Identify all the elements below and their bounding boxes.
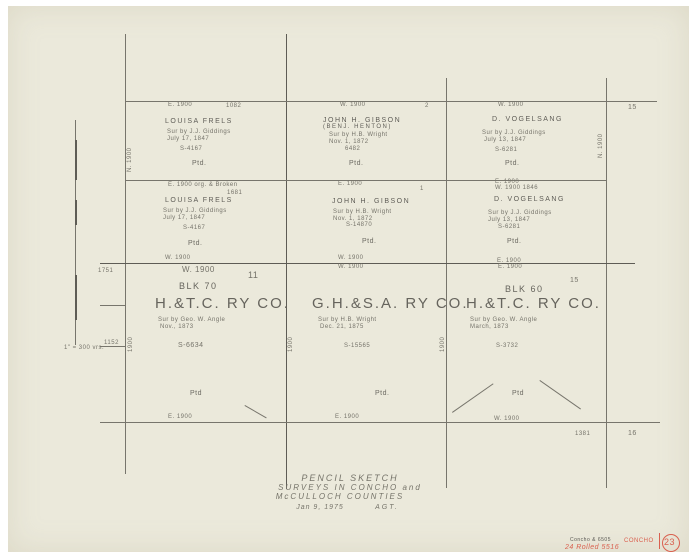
row2-col1-abstract: S-4167 [183, 225, 205, 231]
row1-col3-surveyor: Sur by J.J. Giddings [482, 130, 546, 137]
sketch-subtitle-2: McCULLOCH COUNTIES [265, 492, 415, 501]
row3-col3-surveyor: Sur by Geo. W. Angle [470, 317, 537, 324]
row1-col1-surveyor: Sur by J.J. Giddings [167, 129, 231, 136]
row3-col3-abstract: S-3732 [496, 343, 518, 349]
row2-col2-status: Ptd. [362, 238, 376, 245]
row1-col2-section: 2 [425, 103, 429, 109]
sheet-number: 23 [664, 537, 675, 547]
row3-col3-section: 15 [570, 277, 579, 284]
file-code: 24 Rolled 5516 [565, 544, 619, 551]
grid-line-h4 [100, 422, 660, 423]
row3-col3-company: H.&T.C. RY CO. [466, 295, 601, 312]
sketch-subtitle-1: SURVEYS IN CONCHO and [265, 483, 435, 492]
row2-col2-bottom-call: W. 1900 [338, 255, 364, 261]
row1-col3-top-call: W. 1900 [498, 102, 524, 108]
survey-sheet [8, 6, 689, 552]
catalog-id: Concho & 6505 [570, 537, 611, 543]
sketch-date: Jan 9, 1975 [290, 504, 350, 511]
row3-col1-surveyor: Sur by Geo. W. Angle [158, 317, 225, 324]
row2-col3-status: Ptd. [507, 238, 521, 245]
row3-col1-section: 11 [248, 270, 258, 280]
row2-col2-abstract: S-14870 [346, 222, 372, 228]
scale-tick [75, 140, 77, 180]
grid-line-v3 [446, 78, 447, 488]
row3-col1-top-call: W. 1900 [182, 265, 215, 274]
row1-col3-abstract: S-6281 [495, 147, 517, 153]
row1-col2-surveyor: Sur by H.B. Wright [329, 132, 388, 139]
sketch-initials: AGT. [372, 504, 402, 511]
row3-col1-bottom-call: E. 1900 [168, 414, 192, 420]
row3-col3-top-call: E. 1900 [498, 264, 522, 270]
row1-col2-owner2: (BENJ. HENTON) [323, 124, 392, 130]
row3-col1-company: H.&T.C. RY CO. [155, 295, 290, 312]
grid-line-h3 [100, 263, 635, 264]
row2-col2-top-call: E. 1900 [338, 181, 362, 187]
row3-col2-top-call: W. 1900 [338, 264, 364, 270]
sketch-title: PENCIL SKETCH [290, 473, 410, 483]
section-15-top: 15 [628, 104, 637, 111]
row1-col2-abstract: 6482 [345, 146, 360, 152]
row1-col3-status: Ptd. [505, 160, 519, 167]
scale-tick [75, 200, 77, 225]
row2-col1-status: Ptd. [188, 240, 202, 247]
grid-line-h5 [100, 305, 125, 306]
row3-col3-bottom-call: W. 1900 [494, 416, 520, 422]
row1-col3-owner: D. VOGELSANG [492, 116, 563, 123]
row3-col2-date: Dec. 21, 1875 [320, 324, 364, 331]
row3-col2-abstract: S-15565 [344, 343, 370, 349]
row2-col1-bottom-call: W. 1900 [165, 255, 191, 261]
row1-col2-owner: JOHN H. GIBSON [323, 117, 401, 124]
row2-col2-surveyor: Sur by H.B. Wright [333, 209, 392, 216]
edge-label-left-mid: 1751 [98, 268, 113, 274]
row1-col2-top-call: W. 1900 [340, 102, 366, 108]
row3-col2-company: G.H.&S.A. RY CO. [312, 295, 468, 312]
row1-col1-top-call2: 1082 [226, 103, 241, 109]
row3-col2-bottom-call: E. 1900 [335, 414, 359, 420]
edge-label-bottom-right: 1381 [575, 431, 590, 437]
row2-col1-top-call: E. 1900 org. & Broken [168, 182, 238, 188]
row3-col1-status: Ptd [190, 390, 202, 397]
grid-line-h2 [125, 180, 607, 181]
row1-col1-abstract: S-4167 [180, 146, 202, 152]
row3-col1-date: Nov., 1873 [160, 324, 194, 331]
scale-tick [75, 275, 77, 320]
row3-col3-block: BLK 60 [505, 284, 544, 294]
row1-col2-date: Nov. 1, 1872 [329, 139, 369, 146]
row2-col1-owner: LOUISA FRELS [165, 197, 233, 204]
stamp-bar [659, 533, 660, 549]
grid-line-v1 [125, 34, 126, 474]
county-stamp: CONCHO [624, 538, 654, 544]
row3-col2-side-call: 1900 [288, 337, 294, 352]
row3-col1-block: BLK 70 [179, 281, 218, 291]
row3-col3-date: March, 1873 [470, 324, 509, 331]
row2-col3-top-call2: W. 1900 1846 [495, 185, 538, 191]
section-16-bottom: 16 [628, 430, 637, 437]
grid-line-v4 [606, 78, 607, 488]
row2-col2-section: 1 [420, 186, 424, 192]
row3-col2-status: Ptd. [375, 390, 389, 397]
row2-col3-surveyor: Sur by J.J. Giddings [488, 210, 552, 217]
row1-col1-date: July 17, 1847 [167, 136, 209, 143]
row2-col1-top-call2: 1681 [227, 190, 242, 196]
row1-col3-side-call: N. 1900 [598, 133, 604, 158]
row2-col1-date: July 17, 1847 [163, 215, 205, 222]
row2-col3-abstract: S-6281 [498, 224, 520, 230]
row2-col2-owner: JOHN H. GIBSON [332, 198, 410, 205]
row3-col3-side-call: 1900 [440, 337, 446, 352]
row3-col2-surveyor: Sur by H.B. Wright [318, 317, 377, 324]
grid-line-h1 [125, 101, 657, 102]
row1-col1-side-call: N. 1900 [127, 147, 133, 172]
row2-col1-surveyor: Sur by J.J. Giddings [163, 208, 227, 215]
row2-col3-owner: D. VOGELSANG [494, 196, 565, 203]
scale-label: 1" = 300 vrs. [64, 345, 104, 351]
row3-col1-side-call: 1900 [128, 337, 134, 352]
row2-col3-date: July 13, 1847 [488, 217, 530, 224]
grid-line-v2 [286, 34, 287, 489]
row1-col1-owner: LOUISA FRELS [165, 118, 233, 125]
row1-col1-top-call: E. 1900 [168, 102, 192, 108]
edge-label-left-low: 1152 [104, 340, 119, 346]
row3-col3-status: Ptd [512, 390, 524, 397]
row3-col1-abstract: S-6634 [178, 342, 204, 349]
row1-col3-date: July 13, 1847 [484, 137, 526, 144]
row1-col1-status: Ptd. [192, 160, 206, 167]
row1-col2-status: Ptd. [349, 160, 363, 167]
